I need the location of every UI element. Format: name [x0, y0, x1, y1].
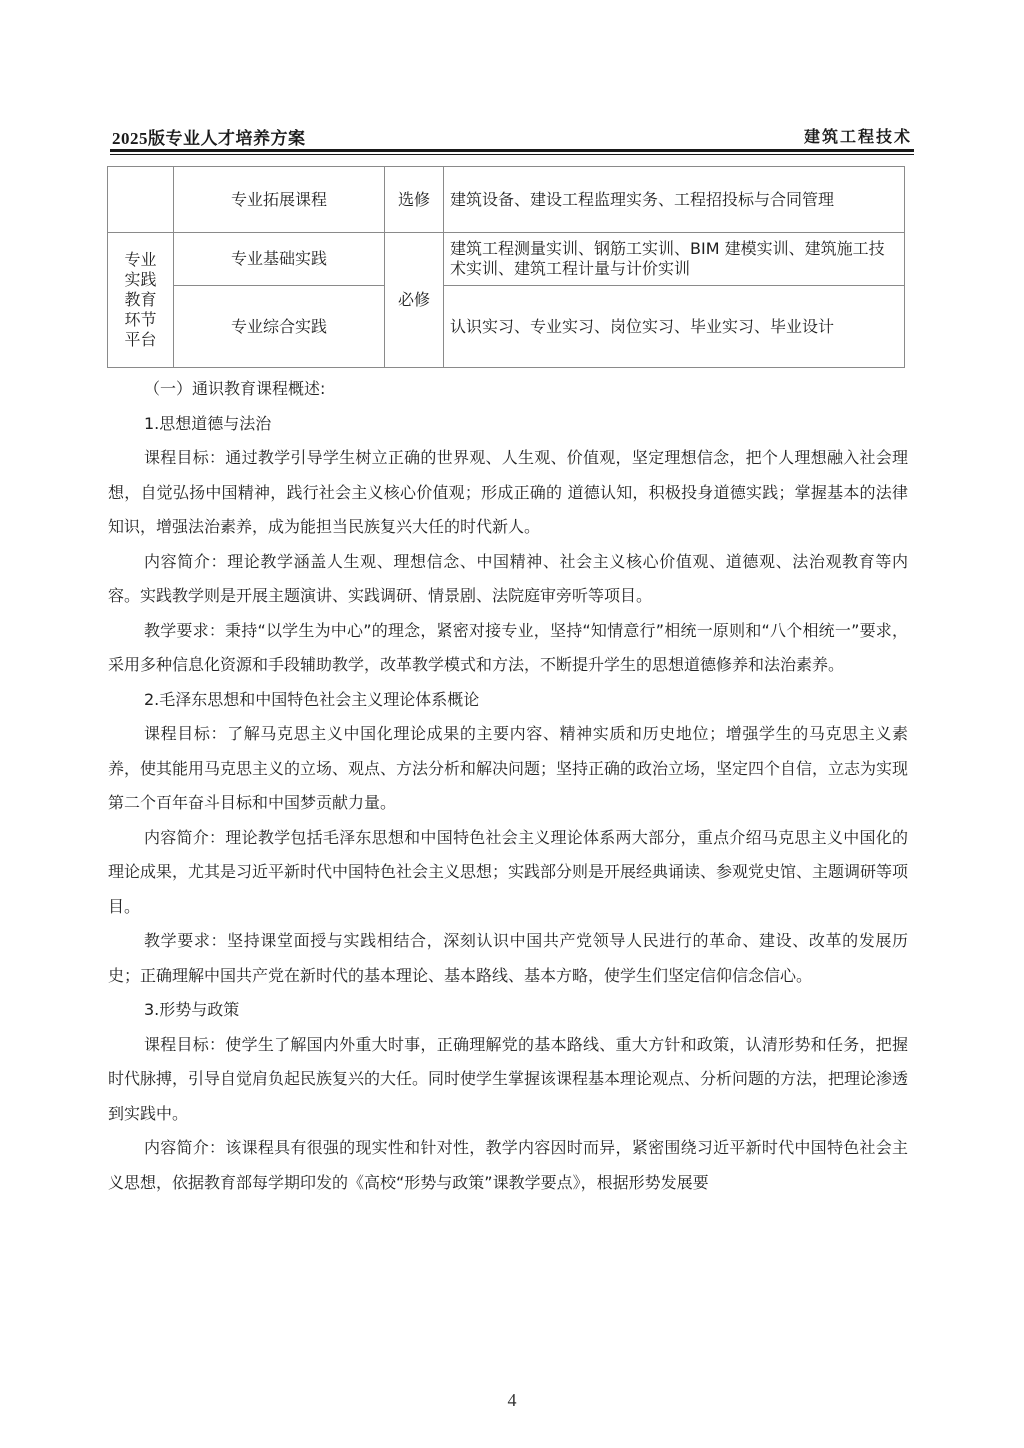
table-row: 专业拓展课程 选修 建筑设备、建设工程监理实务、工程招投标与合同管理: [108, 167, 905, 233]
platform-line: 实践: [114, 270, 167, 290]
course-intro: 内容简介：理论教学包括毛泽东思想和中国特色社会主义理论体系两大部分，重点介绍马克…: [108, 821, 908, 925]
platform-line: 专业: [114, 250, 167, 270]
content-cell: 建筑工程测量实训、钢筋工实训、BIM 建模实训、建筑施工技术实训、建筑工程计量与…: [444, 233, 905, 286]
course-intro: 内容简介：该课程具有很强的现实性和针对性，教学内容因时而异，紧密围绕习近平新时代…: [108, 1131, 908, 1200]
course-title: 1.思想道德与法治: [108, 407, 908, 442]
table-row: 专业 实践 教育 环节 平台 专业基础实践 必修 建筑工程测量实训、钢筋工实训、…: [108, 233, 905, 286]
course-intro: 内容简介：理论教学涵盖人生观、理想信念、中国精神、社会主义核心价值观、道德观、法…: [108, 545, 908, 614]
section-heading: （一）通识教育课程概述:: [108, 372, 908, 407]
document-body: （一）通识教育课程概述: 1.思想道德与法治 课程目标：通过教学引导学生树立正确…: [108, 372, 908, 1200]
table-row: 专业综合实践 认识实习、专业实习、岗位实习、毕业实习、毕业设计: [108, 286, 905, 368]
page-number: 4: [0, 1390, 1024, 1411]
course-goal: 课程目标：了解马克思主义中国化理论成果的主要内容、精神实质和历史地位；增强学生的…: [108, 717, 908, 821]
course-title: 2.毛泽东思想和中国特色社会主义理论体系概论: [108, 683, 908, 718]
document-title: 2025版专业人才培养方案: [112, 124, 306, 149]
platform-line: 环节: [114, 310, 167, 330]
course-requirement: 教学要求：坚持课堂面授与实践相结合，深刻认识中国共产党领导人民进行的革命、建设、…: [108, 924, 908, 993]
course-title: 3.形势与政策: [108, 993, 908, 1028]
program-name: 建筑工程技术: [804, 124, 912, 147]
course-goal: 课程目标：使学生了解国内外重大时事，正确理解党的基本路线、重大方针和政策，认清形…: [108, 1028, 908, 1132]
page-header: 2025版专业人才培养方案 建筑工程技术: [108, 122, 914, 148]
platform-cell: [108, 167, 174, 233]
platform-line: 教育: [114, 290, 167, 310]
platform-cell: 专业 实践 教育 环节 平台: [108, 233, 174, 368]
platform-line: 平台: [114, 330, 167, 350]
category-cell: 专业基础实践: [174, 233, 385, 286]
type-cell: 必修: [385, 233, 444, 368]
category-cell: 专业拓展课程: [174, 167, 385, 233]
course-goal: 课程目标：通过教学引导学生树立正确的世界观、人生观、价值观，坚定理想信念，把个人…: [108, 441, 908, 545]
content-cell: 建筑设备、建设工程监理实务、工程招投标与合同管理: [444, 167, 905, 233]
course-platform-table: 专业拓展课程 选修 建筑设备、建设工程监理实务、工程招投标与合同管理 专业 实践…: [107, 166, 905, 368]
header-divider: [110, 149, 914, 155]
category-cell: 专业综合实践: [174, 286, 385, 368]
content-cell: 认识实习、专业实习、岗位实习、毕业实习、毕业设计: [444, 286, 905, 368]
type-cell: 选修: [385, 167, 444, 233]
course-requirement: 教学要求：秉持“以学生为中心”的理念，紧密对接专业，坚持“知情意行”相统一原则和…: [108, 614, 908, 683]
